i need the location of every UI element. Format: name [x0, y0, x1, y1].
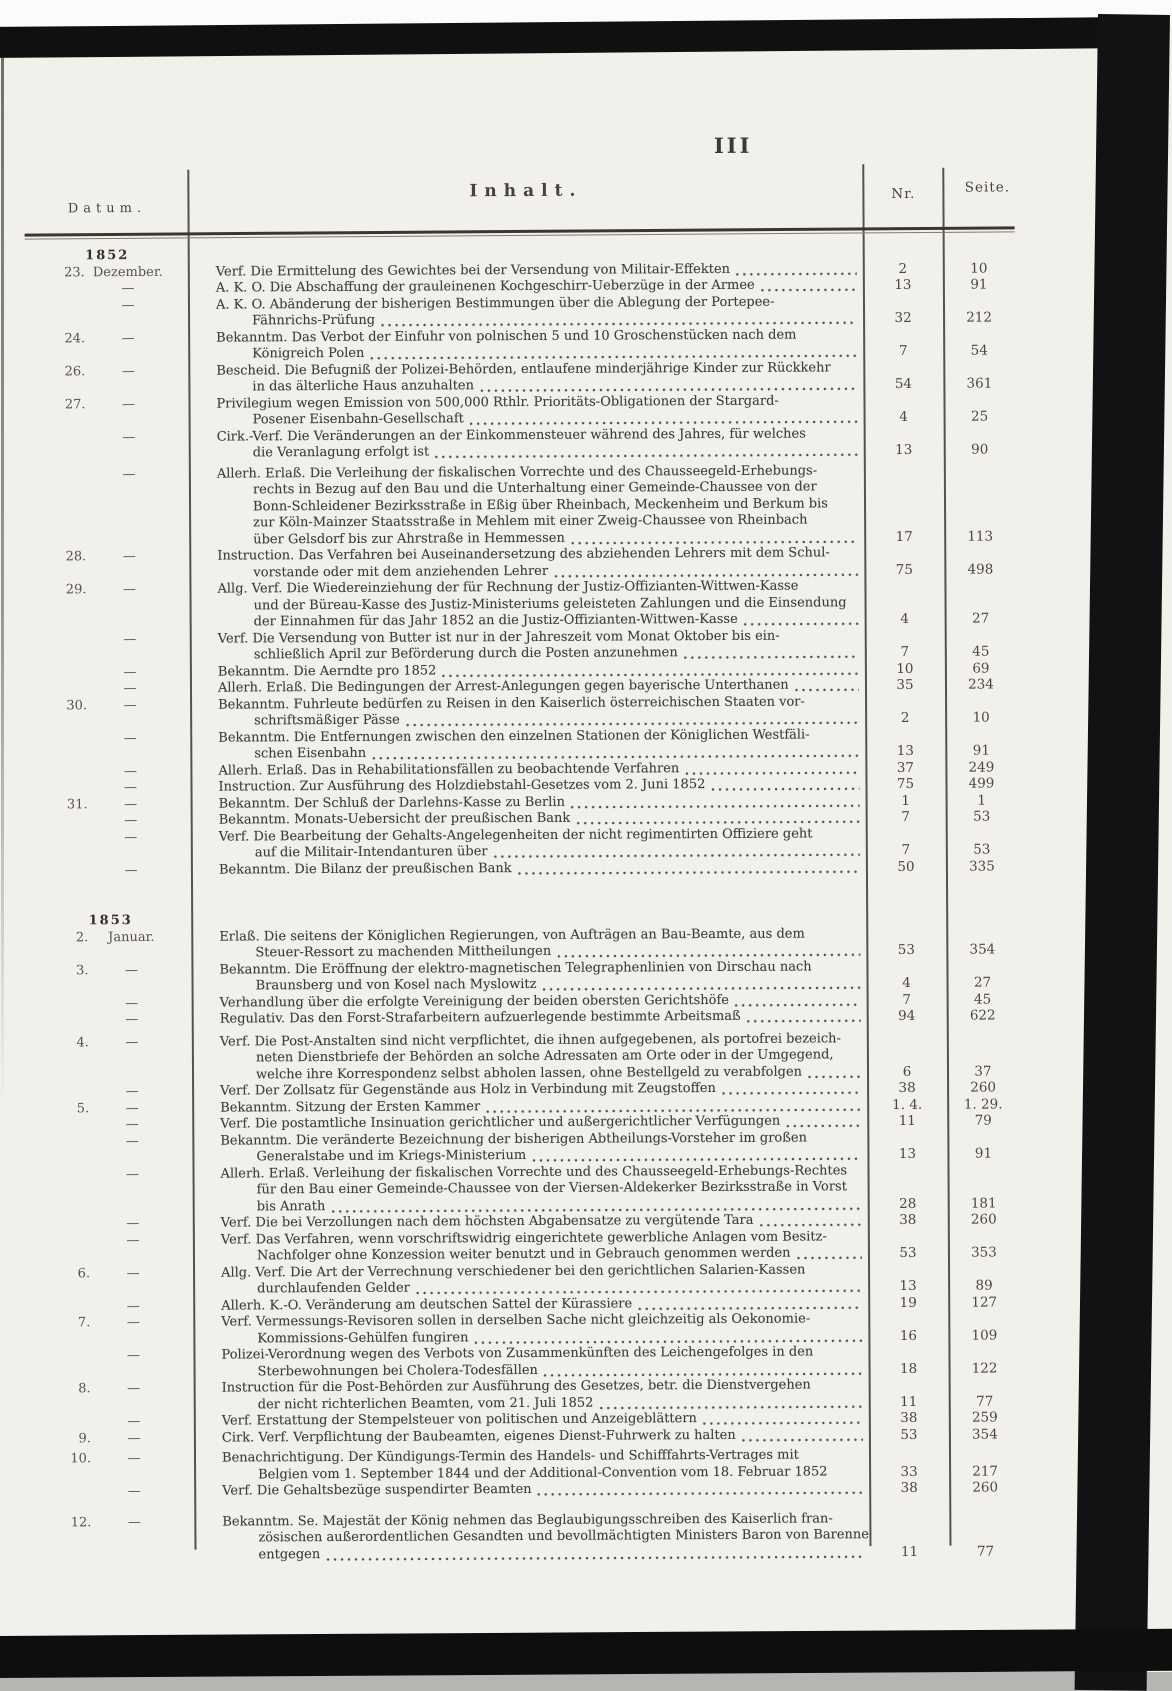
entry-nr: 75	[864, 561, 944, 578]
entry-day	[53, 1167, 89, 1184]
entry-day	[55, 1484, 91, 1501]
entry-line-text: auf die Militair-Intendanturen über	[255, 844, 488, 862]
entry-line-text: über Gelsdorf bis zur Ahrstraße in Hemme…	[253, 530, 565, 548]
entry-day	[51, 632, 87, 649]
year-label: 1852	[27, 248, 188, 265]
entry-nr: 32	[863, 310, 943, 327]
entry-date: —	[33, 1414, 194, 1431]
entry-line-text: vorstande oder mit dem anziehenden Lehre…	[253, 563, 548, 581]
entry-date: —	[31, 1133, 192, 1150]
entry-text: Verf. Vermessungs-Revisoren sollen in de…	[193, 1311, 868, 1348]
entry-nr: 13	[868, 1278, 948, 1295]
toc-entry: 3.—Bekanntm. Die Eröffnung der elektro-m…	[30, 958, 1018, 996]
entry-nr: 7	[866, 809, 946, 826]
entry-date: 26.—	[27, 363, 188, 380]
entry-date: —	[30, 813, 191, 830]
entry-seite: 10	[945, 709, 1017, 726]
entry-seite: 53	[946, 808, 1018, 825]
toc-entry: 26.—Bescheid. Die Befugniß der Polizei-B…	[27, 359, 1015, 397]
entry-text: Allg. Verf. Die Art der Verrechnung vers…	[193, 1262, 868, 1299]
entry-date: 6.—	[32, 1265, 193, 1282]
entry-text: Privilegium wegen Emission von 500,000 R…	[188, 393, 863, 430]
entry-seite: 234	[945, 676, 1017, 693]
entry-text: Verf. Die Versendung von Butter ist nur …	[190, 628, 865, 665]
entry-nr: 7	[865, 644, 945, 661]
entry-line-text: Kommissions-Gehülfen fungiren	[257, 1330, 468, 1348]
entry-day: 8.	[55, 1381, 91, 1398]
entry-seite: 27	[947, 974, 1019, 991]
entry-text: Bescheid. Die Befugniß der Polizei-Behör…	[188, 360, 863, 397]
entry-date-label: —	[89, 995, 175, 1012]
entry-nr: 7	[867, 991, 947, 1008]
entry-nr: 35	[865, 677, 945, 694]
entry-date-label: —	[87, 697, 173, 714]
page-number-roman: III	[698, 133, 768, 158]
dot-leader	[483, 1097, 861, 1115]
entry-nr: 94	[867, 1008, 947, 1025]
toc-entry: —A. K. O. Abänderung der bisherigen Best…	[27, 293, 1015, 331]
entry-line-text: Verf. Die Gehaltsbezüge suspendirter Bea…	[222, 1482, 532, 1500]
entry-date: —	[32, 1298, 193, 1315]
entry-line-text: Regulativ. Das den Forst-Strafarbeitern …	[220, 1009, 741, 1028]
entry-date: 10.—	[33, 1451, 194, 1468]
entry-nr: 7	[863, 343, 943, 360]
entry-day	[54, 1299, 90, 1316]
dot-leader	[792, 677, 859, 694]
entry-line: Cirk. Verf. Verpflichtung der Baubeamten…	[194, 1427, 869, 1447]
entry-date-label: —	[90, 1216, 176, 1233]
dot-leader	[744, 1008, 861, 1025]
entry-nr: 50	[866, 858, 946, 875]
entry-day	[53, 1134, 89, 1151]
entry-date: 31.—	[30, 796, 191, 813]
entry-text: Verf. Die Gehaltsbezüge suspendirter Bea…	[194, 1480, 869, 1500]
entry-date: —	[31, 995, 192, 1012]
dot-leader	[323, 1544, 863, 1563]
entry-line: die Veranlagung erfolgt ist	[189, 442, 864, 462]
dot-leader	[539, 975, 860, 993]
dot-leader	[432, 442, 858, 461]
entry-day	[51, 665, 87, 682]
dot-leader	[529, 1146, 861, 1164]
entry-day: 6.	[54, 1266, 90, 1283]
entry-seite: 354	[949, 1426, 1021, 1443]
entry-date-label: —	[91, 1430, 177, 1447]
entry-day	[50, 430, 86, 447]
entry-seite: 53	[946, 841, 1018, 858]
entry-date-label: —	[91, 1484, 177, 1501]
toc-entry: 24.—Bekanntm. Das Verbot der Einfuhr von…	[27, 326, 1015, 364]
entry-date: —	[29, 730, 190, 747]
entry-line-text: entgegen	[258, 1547, 320, 1564]
entry-day	[51, 681, 87, 698]
entry-date: 12.—	[33, 1514, 194, 1531]
dot-leader	[554, 942, 860, 960]
entry-day	[53, 1117, 89, 1134]
entry-date: 4.—	[31, 1034, 192, 1051]
entry-seite: 260	[949, 1479, 1021, 1496]
toc-section: 185223.Dezember.Verf. Die Ermittelung de…	[27, 243, 1018, 879]
entry-day: 29.	[50, 582, 86, 599]
entry-seite: 10	[943, 260, 1015, 277]
toc-entry: 30.—Bekanntm. Fuhrleute bedürfen zu Reis…	[29, 693, 1017, 731]
entry-date-label: —	[86, 582, 172, 599]
entry-day	[55, 1414, 91, 1431]
entry-day	[54, 1348, 90, 1365]
entry-text: Bekanntm. Fuhrleute bedürfen zu Reisen i…	[190, 694, 865, 731]
toc-entry: —Verf. Das Verfahren, wenn vorschriftswi…	[32, 1228, 1020, 1266]
toc-entry: 4.—Verf. Die Post-Anstalten sind nicht v…	[31, 1030, 1019, 1085]
entry-date: —	[30, 829, 191, 846]
dot-leader	[568, 793, 860, 811]
entry-day	[49, 298, 85, 315]
dot-leader	[708, 776, 859, 793]
entry-text: Polizei-Verordnung wegen des Verbots von…	[193, 1344, 868, 1381]
entry-date-label: —	[85, 396, 171, 413]
dot-leader	[783, 1113, 861, 1130]
entry-date: —	[31, 1117, 192, 1134]
entry-day: 9.	[55, 1431, 91, 1448]
entry-seite: 1	[946, 792, 1018, 809]
entry-date-label: —	[87, 780, 173, 797]
entry-nr: 2	[863, 260, 943, 277]
column-header-seite: Seite.	[944, 179, 1030, 195]
dot-leader	[635, 1295, 862, 1313]
entry-day	[54, 1216, 90, 1233]
entry-day	[51, 764, 87, 781]
toc-entry: —Allerh. Erlaß. Verleihung der fiskalisc…	[31, 1162, 1019, 1217]
entry-seite: 217	[949, 1463, 1021, 1480]
entry-seite: 109	[948, 1327, 1020, 1344]
dot-leader	[732, 992, 861, 1009]
entry-seite: 361	[943, 375, 1015, 392]
dot-leader	[467, 409, 858, 428]
entry-date-label: —	[87, 730, 173, 747]
entry-date-label: —	[85, 330, 171, 347]
entry-day	[54, 1233, 90, 1250]
entry-nr: 13	[865, 743, 945, 760]
entry-nr: 37	[865, 759, 945, 776]
entry-text: Bekanntm. Das Verbot der Einfuhr von pol…	[188, 327, 863, 364]
entry-nr: 18	[869, 1360, 949, 1377]
entry-seite: 77	[949, 1543, 1021, 1560]
entry-line-text: Bekanntm. Sitzung der Ersten Kammer	[220, 1099, 480, 1117]
toc-entry: —Bekanntm. Die veränderte Bezeichnung de…	[31, 1129, 1019, 1167]
entry-line-text: die Veranlagung erfolgt ist	[253, 444, 429, 461]
entry-date-label: —	[87, 681, 173, 698]
column-header-datum: Datum.	[26, 201, 187, 217]
entry-text: Instruction. Das Verfahren bei Auseinand…	[189, 545, 864, 582]
entry-line-text: schen Eisenbahn	[254, 746, 366, 763]
dot-leader	[491, 842, 860, 860]
entry-date: —	[28, 429, 189, 446]
entry-date-label: —	[89, 1012, 175, 1029]
entry-seite: 122	[949, 1360, 1021, 1377]
entry-seite: 89	[948, 1277, 1020, 1294]
entry-nr: 10	[865, 660, 945, 677]
entry-day: 31.	[52, 797, 88, 814]
entry-seite: 91	[943, 276, 1015, 293]
dot-leader	[596, 1394, 862, 1412]
entry-day: 12.	[55, 1515, 91, 1532]
entry-text: Bekanntm. Se. Majestät der König nehmen …	[194, 1511, 869, 1564]
entry-date-label: —	[89, 1166, 175, 1183]
entry-text: Verf. Die Post-Anstalten sind nicht verp…	[192, 1031, 867, 1084]
entry-seite: 260	[948, 1211, 1020, 1228]
dot-leader	[551, 562, 858, 580]
entry-date-label: —	[89, 1133, 175, 1150]
scanned-page: III Datum. Inhalt. Nr. Seite. 185223.Dez…	[0, 0, 1172, 1691]
entry-nr: 1. 4.	[867, 1096, 947, 1113]
entry-line-text: in das älterliche Haus anzuhalten	[252, 378, 474, 396]
entry-date: 8.—	[33, 1381, 194, 1398]
entry-day	[53, 1084, 89, 1101]
dot-leader	[682, 760, 859, 777]
entry-seite: 353	[948, 1244, 1020, 1261]
entry-seite: 69	[945, 660, 1017, 677]
entry-text: A. K. O. Abänderung der bisherigen Besti…	[188, 294, 863, 331]
dot-leader	[719, 1080, 861, 1097]
entry-seite: 335	[946, 858, 1018, 875]
entry-text: Bekanntm. Die Eröffnung der elektro-magn…	[191, 959, 866, 996]
entry-seite: 498	[944, 561, 1016, 578]
toc-entry: 29.—Allg. Verf. Die Wiedereinziehung der…	[28, 577, 1016, 632]
entry-nr: 7	[866, 842, 946, 859]
entry-line: Verf. Die Gehaltsbezüge suspendirter Bea…	[194, 1480, 869, 1500]
entry-date-label: —	[90, 1298, 176, 1315]
entry-date-label: —	[89, 1117, 175, 1134]
entry-date-label: —	[90, 1232, 176, 1249]
entry-text: Bekanntm. Die Bilanz der preußischen Ban…	[191, 859, 866, 879]
entry-nr: 54	[863, 376, 943, 393]
dot-leader	[741, 611, 859, 628]
entry-line-text: Cirk. Verf. Verpflichtung der Baubeamten…	[222, 1427, 736, 1446]
entry-date: —	[29, 631, 190, 648]
entry-date-label: —	[91, 1451, 177, 1468]
entry-day	[49, 281, 85, 298]
entry-seite: 27	[945, 610, 1017, 627]
column-header-nr: Nr.	[864, 186, 942, 202]
entry-date: 27.—	[27, 396, 188, 413]
dot-leader	[700, 1410, 863, 1427]
entry-date: —	[32, 1232, 193, 1249]
entry-line-text: Bekanntm. Monats-Uebersicht der preußisc…	[219, 811, 571, 829]
entry-date: —	[29, 763, 190, 780]
toc-section: 18532.Januar.Erlaß. Die seitens der Köni…	[30, 908, 1021, 1564]
entry-date-label: —	[91, 1414, 177, 1431]
entry-date: —	[32, 1216, 193, 1233]
entry-line-text: Bekanntm. Der Schluß der Darlehns-Kasse …	[219, 794, 565, 812]
entry-date-label: —	[90, 1315, 176, 1332]
entry-date: 29.—	[28, 582, 189, 599]
entry-nr: 53	[866, 942, 946, 959]
printed-area: III Datum. Inhalt. Nr. Seite. 185223.Dez…	[0, 0, 1172, 1691]
toc-entry: —Cirk.-Verf. Die Veränderungen an der Ei…	[28, 425, 1016, 463]
entry-day: 2.	[52, 930, 88, 947]
dot-leader	[758, 277, 857, 294]
toc-entry: 6.—Allg. Verf. Die Art der Verrechnung v…	[32, 1261, 1020, 1299]
entry-day	[51, 731, 87, 748]
entry-nr: 11	[867, 1113, 947, 1130]
entry-date: —	[27, 281, 188, 298]
entry-nr: 53	[869, 1426, 949, 1443]
dot-leader	[568, 529, 858, 547]
entry-nr: 38	[869, 1480, 949, 1497]
entry-text: Verf. Das Verfahren, wenn vorschriftswid…	[193, 1229, 868, 1266]
entry-day: 23.	[49, 265, 85, 282]
entry-day: 4.	[53, 1035, 89, 1052]
entry-nr: 16	[868, 1327, 948, 1344]
entry-line-text: Steuer-Ressort zu machenden Mittheilunge…	[255, 944, 551, 962]
entry-date: 28.—	[28, 549, 189, 566]
toc-entry: —Allerh. Erlaß. Die Verleihung der fiska…	[28, 462, 1016, 550]
entry-date: —	[31, 1012, 192, 1029]
entry-day	[50, 467, 86, 484]
entry-nr: 19	[868, 1294, 948, 1311]
dot-leader	[739, 1427, 863, 1444]
entry-date: 2.Januar.	[30, 929, 191, 946]
entry-day	[51, 780, 87, 797]
entry-seite: 212	[943, 309, 1015, 326]
entry-date: 3.—	[30, 962, 191, 979]
entry-nr: 28	[868, 1195, 948, 1212]
entry-text: Allerh. Erlaß. Die Verleihung der fiskal…	[189, 463, 864, 549]
entry-text: Allerh. Erlaß. Verleihung der fiskalisch…	[192, 1163, 867, 1216]
entry-line: entgegen	[194, 1544, 869, 1564]
entry-nr: 53	[868, 1245, 948, 1262]
entry-date-label: —	[86, 429, 172, 446]
entry-line-text: Bekanntm. Die Aerndte pro 1852	[218, 663, 437, 681]
entry-date-label: —	[85, 281, 171, 298]
entry-seite: 622	[947, 1007, 1019, 1024]
toc-entry: 10.—Benachrichtigung. Der Kündigungs-Ter…	[33, 1446, 1021, 1484]
entry-line-text: Fähnrichs-Prüfung	[252, 313, 375, 330]
entry-day: 28.	[50, 549, 86, 566]
entry-nr: 2	[865, 710, 945, 727]
entry-line-text: Posener Eisenbahn-Gesellschaft	[253, 411, 464, 429]
entry-line-text: schriftsmäßiger Pässe	[254, 713, 400, 730]
entry-nr: 38	[867, 1080, 947, 1097]
entry-date: —	[31, 1166, 192, 1183]
entry-seite: 259	[949, 1409, 1021, 1426]
entry-day: 7.	[54, 1315, 90, 1332]
entry-date-label: —	[89, 1034, 175, 1051]
entry-day	[52, 813, 88, 830]
entry-date-label: —	[87, 763, 173, 780]
entry-date-label: —	[89, 1100, 175, 1117]
entry-date-label: Dezember.	[85, 264, 171, 281]
entry-date: —	[29, 681, 190, 698]
entry-nr: 11	[869, 1393, 949, 1410]
entry-text: Benachrichtigung. Der Kündigungs-Termin …	[194, 1447, 869, 1484]
entry-seite: 45	[947, 991, 1019, 1008]
entry-line-text: Braunsberg und von Kosel nach Myslowitz	[256, 977, 537, 995]
year-label: 1853	[30, 913, 191, 930]
toc-entry: —Polizei-Verordnung wegen des Verbots vo…	[32, 1343, 1020, 1381]
entry-day: 27.	[49, 397, 85, 414]
entry-date-label: Januar.	[88, 929, 174, 946]
dot-leader	[535, 1480, 864, 1498]
entry-line-text: bis Anrath	[257, 1199, 326, 1216]
dot-leader	[541, 1361, 863, 1379]
entry-seite: 249	[945, 759, 1017, 776]
entry-date: —	[33, 1484, 194, 1501]
entry-seite: 1. 29.	[947, 1096, 1019, 1113]
entry-date: —	[27, 297, 188, 314]
dot-leader	[733, 261, 857, 278]
entry-nr: 13	[863, 277, 943, 294]
entry-text: Bekanntm. Die Entfernungen zwischen den …	[190, 727, 865, 764]
entry-date: 30.—	[29, 697, 190, 714]
dot-leader	[681, 644, 859, 661]
entry-date-label: —	[85, 297, 171, 314]
entry-day: 24.	[49, 331, 85, 348]
entry-date: 23.Dezember.	[27, 264, 188, 281]
toc-entry: 8.—Instruction für die Post-Behörden zur…	[33, 1376, 1021, 1414]
dot-leader	[756, 1212, 861, 1229]
entry-seite: 79	[947, 1112, 1019, 1129]
entry-nr: 6	[867, 1063, 947, 1080]
column-header-inhalt: Inhalt.	[189, 179, 862, 203]
entry-date: —	[31, 1084, 192, 1101]
toc-entry: —Bekanntm. Die Entfernungen zwischen den…	[29, 726, 1017, 764]
entry-line: Regulativ. Das den Forst-Strafarbeitern …	[192, 1008, 867, 1028]
entry-nr: 38	[868, 1212, 948, 1229]
entry-date: 9.—	[33, 1430, 194, 1447]
entry-nr: 13	[864, 442, 944, 459]
entry-date-label: —	[89, 1084, 175, 1101]
entry-line-text: Königreich Polen	[252, 346, 364, 363]
entry-nr: 11	[869, 1543, 949, 1560]
entry-seite: 54	[943, 342, 1015, 359]
toc-entry: 7.—Verf. Vermessungs-Revisoren sollen in…	[32, 1310, 1020, 1348]
toc-entry: —Verf. Die Bearbeitung der Gehalts-Angel…	[30, 825, 1018, 863]
entry-seite: 91	[945, 742, 1017, 759]
entry-line-text: durchlaufenden Gelder	[257, 1281, 410, 1298]
entry-nr: 4	[864, 409, 944, 426]
entry-seite: 25	[944, 408, 1016, 425]
dot-leader	[515, 859, 860, 877]
entry-nr: 4	[867, 975, 947, 992]
entry-date: —	[30, 862, 191, 879]
entry-day: 10.	[55, 1451, 91, 1468]
entry-text: Cirk. Verf. Verpflichtung der Baubeamten…	[194, 1427, 869, 1447]
entry-date-label: —	[87, 664, 173, 681]
entry-date: 7.—	[32, 1315, 193, 1332]
entry-text: Instruction für die Post-Behörden zur Au…	[194, 1377, 869, 1414]
entry-text: Erlaß. Die seitens der Königlichen Regie…	[191, 926, 866, 963]
entry-nr: 38	[869, 1410, 949, 1427]
entry-day	[52, 863, 88, 880]
entry-text: Cirk.-Verf. Die Veränderungen an der Ein…	[189, 426, 864, 463]
entry-day	[53, 1012, 89, 1029]
scan-bottom-bar	[0, 1629, 1172, 1678]
entry-seite: 90	[944, 441, 1016, 458]
entry-date-label: —	[86, 466, 172, 483]
entry-date-label: —	[88, 829, 174, 846]
entry-seite: 113	[944, 528, 1016, 545]
entry-date: —	[32, 1348, 193, 1365]
entry-text: Bekanntm. Die veränderte Bezeichnung der…	[192, 1130, 867, 1167]
entry-date-label: —	[88, 962, 174, 979]
toc-entry: 28.—Instruction. Das Verfahren bei Ausei…	[28, 544, 1016, 582]
entry-seite: 354	[946, 941, 1018, 958]
entry-seite: 77	[949, 1393, 1021, 1410]
dot-leader	[573, 809, 859, 827]
entry-seite: 127	[948, 1294, 1020, 1311]
entry-day: 26.	[49, 364, 85, 381]
entry-date: —	[29, 780, 190, 797]
